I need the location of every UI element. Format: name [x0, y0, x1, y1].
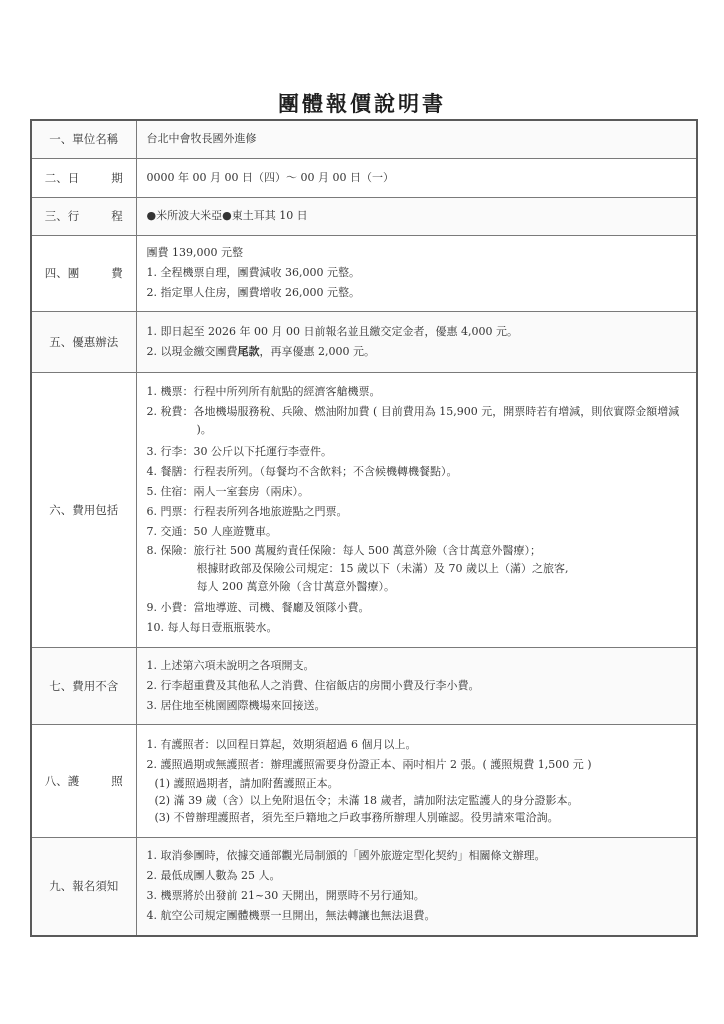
label-itinerary: 三、行 程	[45, 208, 123, 224]
table-row-date: 二、日 期 0000 年 00 月 00 日（四）～ 00 月 00 日（一）	[31, 158, 697, 197]
table-row-tour-fee: 四、團 費 團費 139,000 元整 1. 全程機票自理，團費減收 36,00…	[31, 235, 697, 311]
registration-item: 2. 最低成團人數為 25 人。	[147, 866, 687, 886]
row-content: 1. 機票：行程中所列所有航點的經濟客艙機票。 2. 稅費：各地機場服務稅、兵險…	[136, 372, 697, 647]
discount-line: 2. 以現金繳交團費尾款，再享優惠 2,000 元。	[147, 342, 687, 362]
label-included: 六、費用包括	[45, 502, 123, 518]
included-item: 7. 交通：50 人座遊覽車。	[147, 522, 687, 542]
included-item: 2. 稅費：各地機場服務稅、兵險、燃油附加費 ( 目前費用為 15,900 元，…	[147, 403, 687, 439]
label-discount: 五、優惠辦法	[45, 334, 123, 350]
page-title: 團體報價說明書	[0, 88, 724, 118]
excluded-item: 1. 上述第六項未說明之各項開支。	[147, 656, 687, 676]
table-row-unit-name: 一、單位名稱 台北中會牧長國外進修	[31, 120, 697, 158]
excluded-item: 3. 居住地至桃園國際機場來回接送。	[147, 696, 687, 716]
passport-item: 2. 護照過期或無護照者：辦理護照需要身份證正本、兩吋相片 2 張。( 護照規費…	[147, 755, 687, 775]
row-content: 團費 139,000 元整 1. 全程機票自理，團費減收 36,000 元整。 …	[136, 235, 697, 311]
table-row-itinerary: 三、行 程 ●米所波大米亞●東土耳其 10 日	[31, 197, 697, 235]
row-content: 1. 有護照者：以回程日算起，效期須超過 6 個月以上。 2. 護照過期或無護照…	[136, 724, 697, 837]
label-excluded: 七、費用不含	[45, 678, 123, 694]
passport-sub-item: (3) 不曾辦理護照者，須先至戶籍地之戶政事務所辦理人別確認。役男請來電洽詢。	[147, 809, 687, 826]
discount-line: 1. 即日起至 2026 年 00 月 00 日前報名並且繳交定金者，優惠 4,…	[147, 322, 687, 342]
insurance-sub: 根據財政部及保險公司規定：15 歲以下（未滿）及 70 歲以上（滿）之旅客,	[147, 560, 687, 578]
tour-fee-line: 2. 指定單人住房，團費增收 26,000 元整。	[147, 283, 687, 303]
row-label: 九、報名須知	[31, 837, 136, 936]
passport-sub-item: (2) 滿 39 歲（含）以上免附退伍令；未滿 18 歲者，請加附法定監護人的身…	[147, 792, 687, 809]
registration-item: 4. 航空公司規定團體機票一旦開出，無法轉讓也無法退費。	[147, 906, 687, 926]
included-item: 10. 每人每日壹瓶瓶裝水。	[147, 618, 687, 638]
tour-fee-line: 團費 139,000 元整	[147, 243, 687, 263]
row-label: 三、行 程	[31, 197, 136, 235]
date-value: 0000 年 00 月 00 日（四）～ 00 月 00 日（一）	[147, 168, 687, 188]
registration-item: 3. 機票將於出發前 21~30 天開出，開票時不另行通知。	[147, 886, 687, 906]
registration-item: 1. 取消參團時，依據交通部觀光局制頒的「國外旅遊定型化契約」相關條文辦理。	[147, 846, 687, 866]
label-tour-fee: 四、團 費	[45, 265, 123, 281]
row-label: 五、優惠辦法	[31, 311, 136, 372]
row-content: ●米所波大米亞●東土耳其 10 日	[136, 197, 697, 235]
included-item: 6. 門票：行程表所列各地旅遊點之門票。	[147, 502, 687, 522]
included-item: 3. 行李：30 公斤以下托運行李壹件。	[147, 442, 687, 462]
included-item: 1. 機票：行程中所列所有航點的經濟客艙機票。	[147, 382, 687, 402]
row-content: 1. 即日起至 2026 年 00 月 00 日前報名並且繳交定金者，優惠 4,…	[136, 311, 697, 372]
row-label: 四、團 費	[31, 235, 136, 311]
row-label: 八、護 照	[31, 724, 136, 837]
included-item: 8. 保險：旅行社 500 萬履約責任保險：每人 500 萬意外險（含廿萬意外醫…	[147, 542, 687, 560]
tour-fee-line: 1. 全程機票自理，團費減收 36,000 元整。	[147, 263, 687, 283]
row-label: 七、費用不含	[31, 647, 136, 724]
passport-sub-item: (1) 護照過期者，請加附舊護照正本。	[147, 775, 687, 792]
insurance-sub: 每人 200 萬意外險（含廿萬意外醫療）。	[147, 578, 687, 596]
row-label: 一、單位名稱	[31, 120, 136, 158]
table-row-included: 六、費用包括 1. 機票：行程中所列所有航點的經濟客艙機票。 2. 稅費：各地機…	[31, 372, 697, 647]
row-label: 二、日 期	[31, 158, 136, 197]
label-unit-name: 一、單位名稱	[45, 131, 123, 147]
itinerary-value: ●米所波大米亞●東土耳其 10 日	[147, 206, 687, 226]
row-content: 1. 取消參團時，依據交通部觀光局制頒的「國外旅遊定型化契約」相關條文辦理。 2…	[136, 837, 697, 936]
row-content: 1. 上述第六項未說明之各項開支。 2. 行李超重費及其他私人之消費、住宿飯店的…	[136, 647, 697, 724]
label-registration: 九、報名須知	[45, 878, 123, 894]
label-date: 二、日 期	[45, 170, 123, 186]
table-row-discount: 五、優惠辦法 1. 即日起至 2026 年 00 月 00 日前報名並且繳交定金…	[31, 311, 697, 372]
passport-item: 1. 有護照者：以回程日算起，效期須超過 6 個月以上。	[147, 735, 687, 755]
row-label: 六、費用包括	[31, 372, 136, 647]
included-item: 5. 住宿：兩人一室套房（兩床）。	[147, 482, 687, 502]
unit-name-value: 台北中會牧長國外進修	[147, 129, 687, 149]
quotation-table: 一、單位名稱 台北中會牧長國外進修 二、日 期 0000 年 00 月 00 日…	[30, 119, 698, 937]
table-row-registration: 九、報名須知 1. 取消參團時，依據交通部觀光局制頒的「國外旅遊定型化契約」相關…	[31, 837, 697, 936]
excluded-item: 2. 行李超重費及其他私人之消費、住宿飯店的房間小費及行李小費。	[147, 676, 687, 696]
row-content: 台北中會牧長國外進修	[136, 120, 697, 158]
table-row-excluded: 七、費用不含 1. 上述第六項未說明之各項開支。 2. 行李超重費及其他私人之消…	[31, 647, 697, 724]
label-passport: 八、護 照	[45, 773, 123, 789]
row-content: 0000 年 00 月 00 日（四）～ 00 月 00 日（一）	[136, 158, 697, 197]
included-item: 9. 小費：當地導遊、司機、餐廳及領隊小費。	[147, 598, 687, 618]
included-item: 4. 餐膳：行程表所列。（每餐均不含飲料；不含候機轉機餐點）。	[147, 462, 687, 482]
table-row-passport: 八、護 照 1. 有護照者：以回程日算起，效期須超過 6 個月以上。 2. 護照…	[31, 724, 697, 837]
bold-balance: 尾款	[238, 345, 260, 358]
